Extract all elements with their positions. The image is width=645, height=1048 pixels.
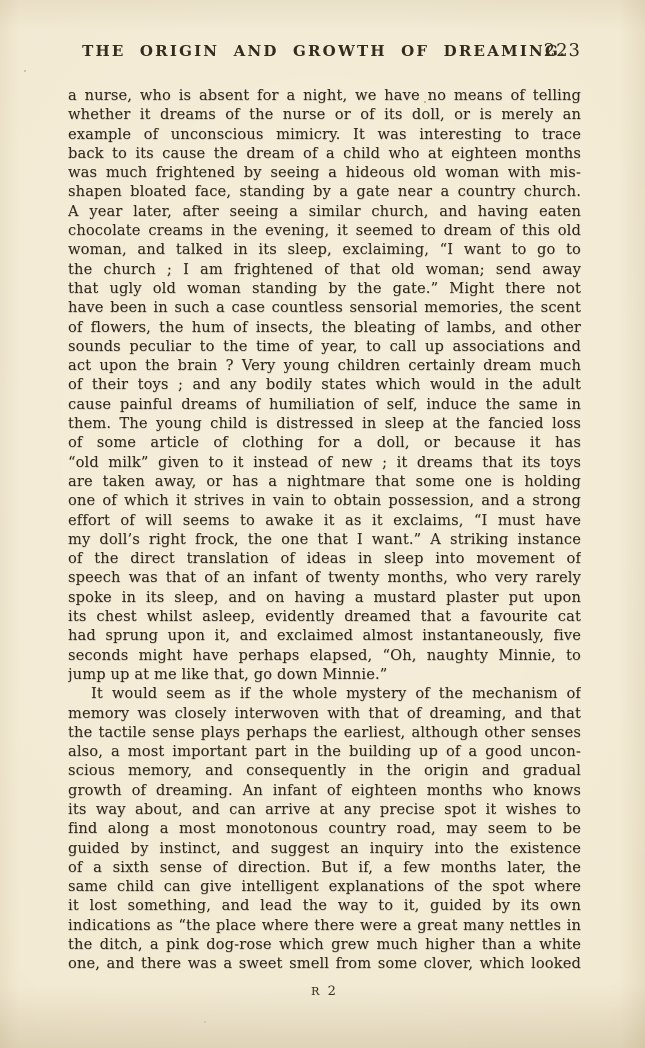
running-title: THE ORIGIN AND GROWTH OF DREAMING.	[68, 42, 581, 60]
signature-mark: R 2	[311, 984, 338, 999]
text-line: the tactile sense plays perhaps the earl…	[68, 723, 581, 742]
text-line: have been in such a case countless senso…	[68, 298, 581, 317]
text-line: find along a most monotonous country roa…	[68, 819, 581, 838]
text-line: one, and there was a sweet smell from so…	[68, 954, 581, 973]
text-line: had sprung upon it, and exclaimed almost…	[68, 626, 581, 645]
text-line: speech was that of an infant of twenty m…	[68, 568, 581, 587]
text-line: whether it dreams of the nurse or of its…	[68, 105, 581, 124]
text-line: them. The young child is distressed in s…	[68, 414, 581, 433]
text-line: its way about, and can arrive at any pre…	[68, 800, 581, 819]
page-footer: R 2	[68, 980, 581, 999]
text-line: also, a most important part in the build…	[68, 742, 581, 761]
text-line: it lost something, and lead the way to i…	[68, 896, 581, 915]
text-line: growth of dreaming. An infant of eightee…	[68, 781, 581, 800]
text-line: that ugly old woman standing by the gate…	[68, 279, 581, 298]
paper-speck	[24, 70, 26, 72]
text-line: the church ; I am frightened of that old…	[68, 260, 581, 279]
text-line: cause painful dreams of humiliation of s…	[68, 395, 581, 414]
text-line: of flowers, the hum of insects, the blea…	[68, 318, 581, 337]
text-line: of the direct translation of ideas in sl…	[68, 549, 581, 568]
text-line: the ditch, a pink dog-rose which grew mu…	[68, 935, 581, 954]
paper-speck	[204, 1021, 206, 1023]
text-line: of some article of clothing for a doll, …	[68, 433, 581, 452]
text-line: my doll’s right frock, the one that I wa…	[68, 530, 581, 549]
text-line: A year later, after seeing a similar chu…	[68, 202, 581, 221]
text-line: woman, and talked in its sleep, exclaimi…	[68, 240, 581, 259]
paragraph: It would seem as if the whole mystery of…	[68, 684, 581, 973]
text-line: its chest whilst asleep, evidently dream…	[68, 607, 581, 626]
text-line: seconds might have perhaps elapsed, “Oh,…	[68, 646, 581, 665]
text-line: chocolate creams in the evening, it seem…	[68, 221, 581, 240]
paragraph: a nurse, who is absent for a night, we h…	[68, 86, 581, 684]
text-line: scious memory, and consequently in the o…	[68, 761, 581, 780]
signature-mark-letter: R	[311, 985, 321, 998]
book-page: THE ORIGIN AND GROWTH OF DREAMING. 223 a…	[0, 0, 645, 1048]
text-line: back to its cause the dream of a child w…	[68, 144, 581, 163]
text-line: “old milk” given to it instead of new ; …	[68, 453, 581, 472]
text-line: effort of will seems to awake it as it e…	[68, 511, 581, 530]
text-line: was much frightened by seeing a hideous …	[68, 163, 581, 182]
text-line: spoke in its sleep, and on having a must…	[68, 588, 581, 607]
text-line: indications as “the place where there we…	[68, 916, 581, 935]
text-line: of a sixth sense of direction. But if, a…	[68, 858, 581, 877]
text-line: same child can give intelligent explanat…	[68, 877, 581, 896]
body-text: a nurse, who is absent for a night, we h…	[68, 86, 581, 974]
text-line: of their toys ; and any bodily states wh…	[68, 375, 581, 394]
text-line: It would seem as if the whole mystery of…	[68, 684, 581, 703]
text-line: shapen bloated face, standing by a gate …	[68, 182, 581, 201]
text-line: are taken away, or has a nightmare that …	[68, 472, 581, 491]
text-line: act upon the brain ? Very young children…	[68, 356, 581, 375]
text-line: sounds peculiar to the time of year, to …	[68, 337, 581, 356]
page-number: 223	[544, 40, 581, 61]
page-header: THE ORIGIN AND GROWTH OF DREAMING. 223	[68, 42, 581, 64]
text-line: memory was closely interwoven with that …	[68, 704, 581, 723]
text-line: a nurse, who is absent for a night, we h…	[68, 86, 581, 105]
text-line: one of which it strives in vain to obtai…	[68, 491, 581, 510]
signature-mark-number: 2	[328, 984, 338, 999]
text-line: jump up at me like that, go down Minnie.…	[68, 665, 581, 684]
text-line: guided by instinct, and suggest an inqui…	[68, 839, 581, 858]
text-line: example of unconscious mimicry. It was i…	[68, 125, 581, 144]
